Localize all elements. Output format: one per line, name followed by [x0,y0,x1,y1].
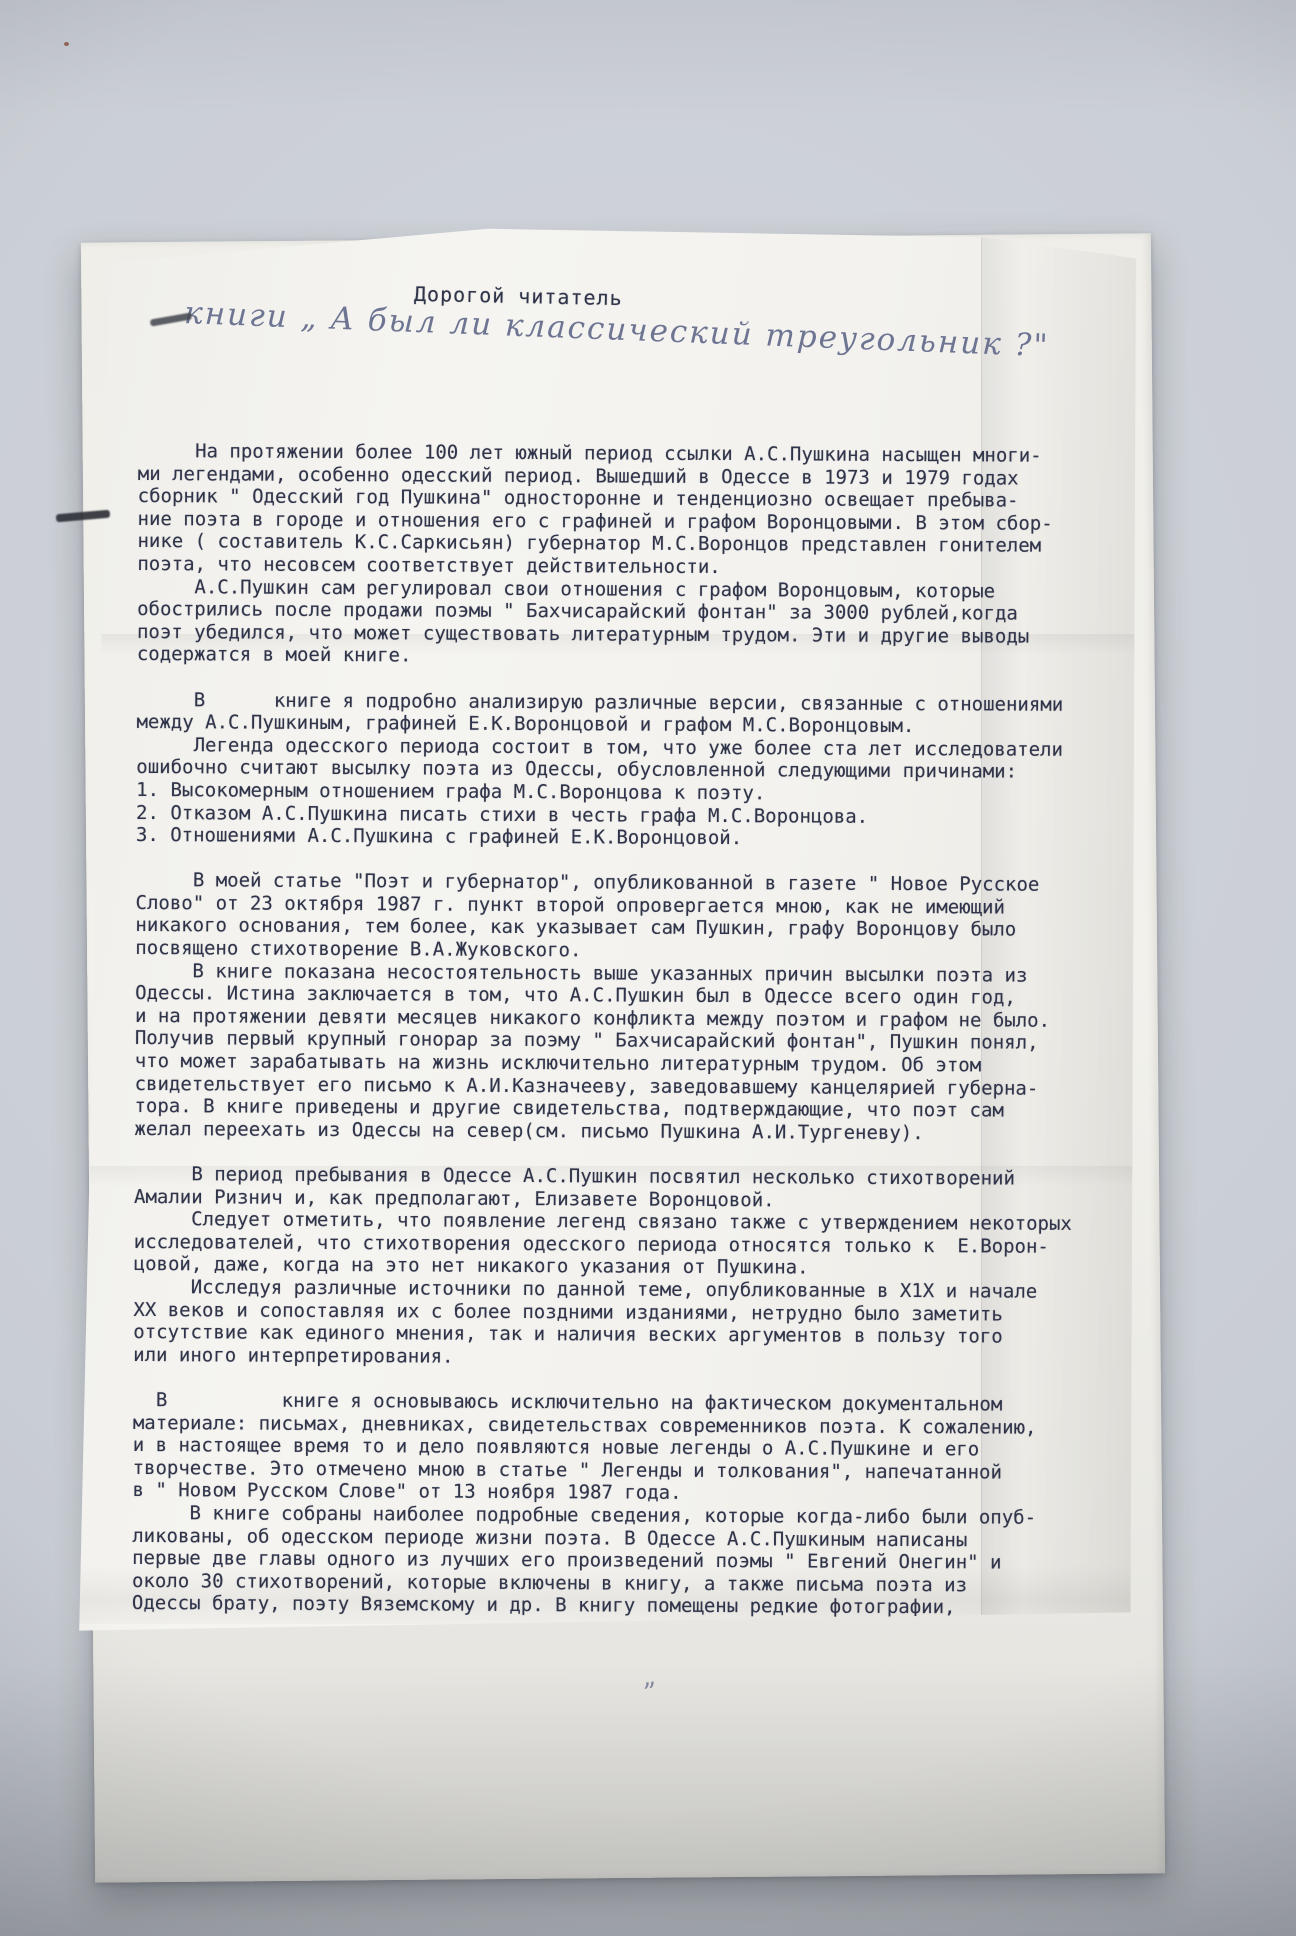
letter-page: Дорогой читатель книги „ А был ли класси… [76,226,1138,1632]
typed-text-block: На протяжении более 100 лет южный период… [132,440,1103,1620]
surface-speck [64,42,69,46]
photograph-of-typewritten-letter: Дорогой читатель книги „ А был ли класси… [0,0,1296,1936]
